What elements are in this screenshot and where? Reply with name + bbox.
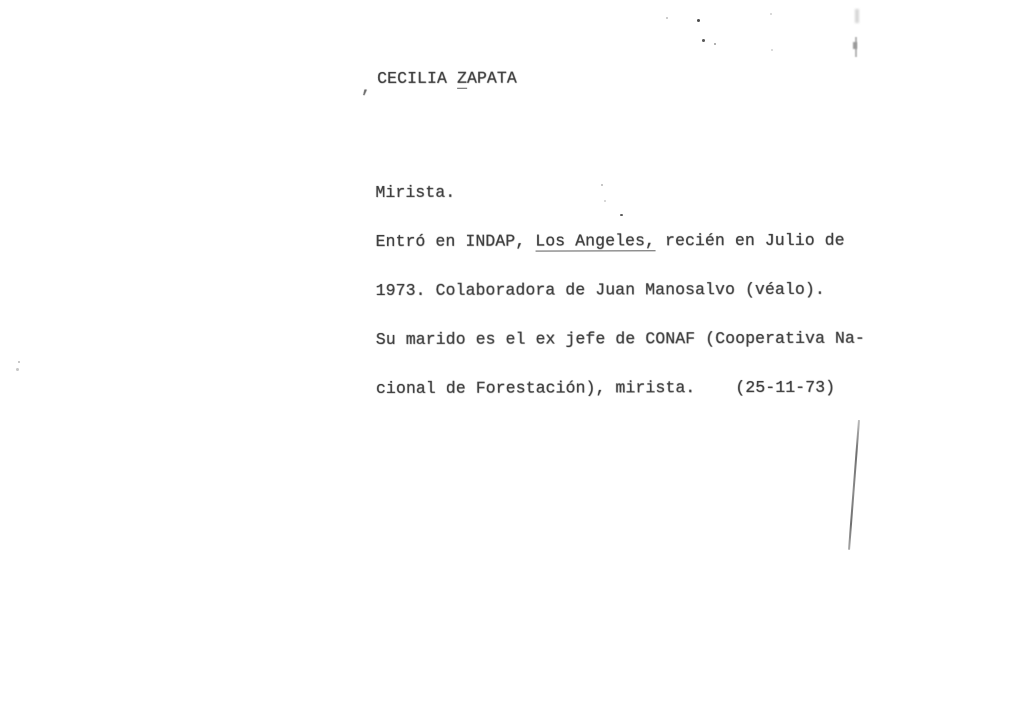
title-surname-rest: APATA [467,68,517,87]
card-body: Mirista. Entró en INDAP, Los Angeles, re… [375,151,896,429]
scanned-document-page: ,CECILIA ZAPATA Mirista. Entró en INDAP,… [0,0,1012,717]
line-husband-continuation: cional de Forestación), mirista.(25-11-7… [376,380,896,398]
typed-text-block: ,CECILIA ZAPATA Mirista. Entró en INDAP,… [375,37,896,463]
line-affiliation: Mirista. [375,184,895,202]
line-entry-location-underlined: Los Angeles, [535,232,655,252]
scan-speck [697,19,700,22]
line-collaborator: 1973. Colaboradora de Juan Manosalvo (vé… [376,282,896,300]
scan-speck [18,361,20,363]
line-husband: Su marido es el ex jefe de CONAF (Cooper… [376,331,896,349]
scan-speck [16,368,19,371]
line-husband-cont-text: cional de Forestación), mirista. [376,378,695,398]
person-name-title: ,CECILIA ZAPATA [375,69,895,87]
stray-comma-mark: , [361,80,371,96]
scan-speck [770,13,772,15]
line-entry: Entró en INDAP, Los Angeles, recién en J… [376,233,896,251]
line-entry-post: recién en Julio de [655,231,845,250]
title-first-name: CECILIA [377,68,457,87]
title-surname-initial-underlined: Z [457,68,467,88]
date-stamp: (25-11-73) [735,378,835,397]
line-entry-pre: Entró en INDAP, [376,232,536,251]
scan-speck [666,17,668,19]
scan-smudge [855,9,859,23]
